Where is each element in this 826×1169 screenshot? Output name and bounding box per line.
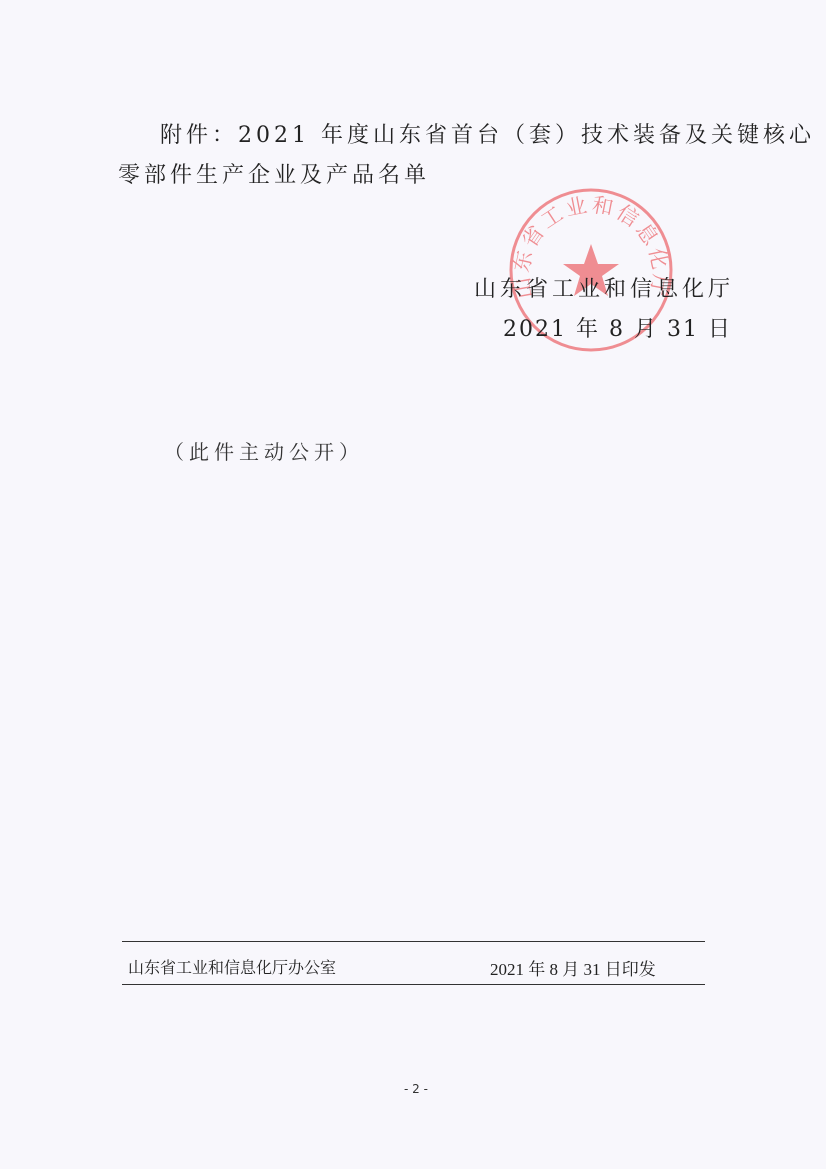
signature-date: 2021 年 8 月 31 日	[503, 312, 732, 343]
signature-organization: 山东省工业和信息化厅	[474, 272, 734, 303]
footer-issuing-office: 山东省工业和信息化厅办公室	[128, 955, 336, 978]
attachment-title-line-1: 附件：2021 年度山东省首台（套）技术装备及关键核心	[160, 118, 815, 149]
page-number: - 2 -	[404, 1082, 428, 1096]
footer-rule-bottom	[122, 984, 705, 985]
footer-rule-top	[122, 941, 705, 942]
attachment-title-line-2: 零部件生产企业及产品名单	[118, 158, 430, 189]
disclosure-note: （此件主动公开）	[164, 436, 364, 465]
footer-print-date: 2021 年 8 月 31 日印发	[490, 955, 656, 980]
